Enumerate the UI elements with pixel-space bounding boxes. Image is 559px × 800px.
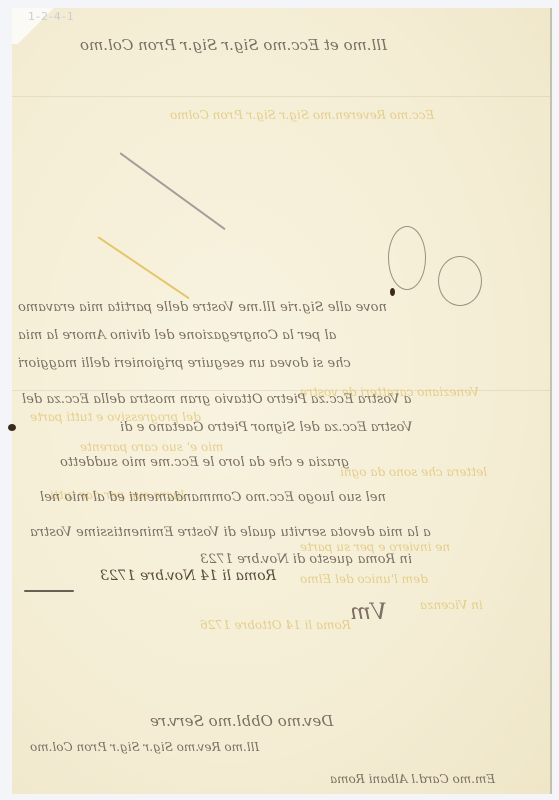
body-line: a Vostra Ecc.za Pietro Ottavio gran most… (22, 392, 411, 407)
paper-crease (12, 96, 552, 97)
date-line: Roma li 14 Nov.bre 1723 (100, 568, 276, 584)
body-line: grazia e che da loro le Ecc.me mio sudde… (60, 455, 349, 470)
footer-address: Dev.mo Obbl.mo Serv.re (150, 712, 333, 730)
page-edge (550, 8, 552, 794)
body-line: in Roma questo di Nov.bre 1723 (200, 552, 412, 567)
yellow-closing: Roma li 14 Ottobre 1726 (200, 618, 351, 632)
footer-left: Ill.mo Rev.mo Sig.r Sig.r P.ron Col.mo (30, 740, 259, 754)
header-line: Ill.mo et Ecc.mo Sig.r Sig.r P.ron Col.m… (80, 36, 387, 54)
yellow-header-line: Ecc.mo Reveren.mo Sig.r Sig.r P.ron Colm… (170, 108, 434, 122)
initial-flourish (388, 226, 426, 290)
body-line: al per la Congregazione del divino Amore… (18, 328, 336, 343)
body-line: a la mia devota servitu quale di Vostre … (30, 525, 431, 540)
bleed-line: dem l'unico del Elmo (300, 572, 428, 586)
signature: Vm (350, 600, 387, 625)
ink-blot (390, 288, 395, 296)
body-line: che si dovea un eseguire prigionieri del… (18, 356, 351, 371)
catalog-mark: 1-2-4-1 (28, 10, 75, 23)
bleed-line: lettera che sono da ogni (340, 465, 487, 479)
footer-right: Em.mo Card.l Albani Roma (330, 772, 495, 786)
body-line: Vostra Ecc.za del Signor Pietro Gaetano … (120, 420, 413, 435)
bleed-line: mio e' suo caro parente (80, 440, 223, 454)
underline-stroke (24, 590, 74, 592)
initial-flourish (438, 256, 482, 306)
bleed-line: in Vicenza (420, 598, 483, 612)
body-line: nove alle Sig.rie Ill.me Vostre delle pa… (18, 300, 387, 315)
ink-blot (8, 424, 16, 431)
body-line: nel suo luogo Ecc.mo Commandamenti ed al… (40, 490, 386, 505)
